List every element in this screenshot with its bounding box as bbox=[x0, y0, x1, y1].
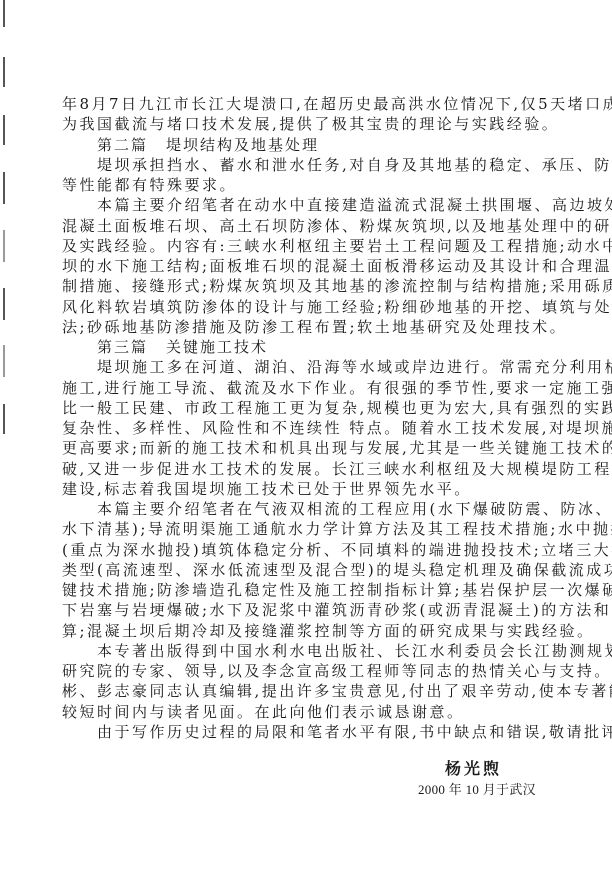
text-line: 下岩塞与岩埂爆破;水下及泥浆中灌筑沥青砂浆(或沥青混凝土)的方法和计 bbox=[62, 600, 554, 620]
section-number: 第二篇 bbox=[97, 136, 148, 154]
text-line: 复杂性、多样性、风险性和不连续性 特点。随着水工技术发展,对堤坝施工提出 bbox=[62, 418, 554, 438]
text-line: 由于写作历史过程的局限和笔者水平有限,书中缺点和错误,敬请批评、指正。 bbox=[62, 722, 554, 742]
text-line: 制措施、接缝形式;粉煤灰筑坝及其地基的渗流控制与结构措施;采用砾质土或 bbox=[62, 276, 554, 296]
text-line: 彬、彭志豪同志认真编辑,提出许多宝贵意见,付出了艰辛劳动,使本专著能在 bbox=[62, 681, 554, 701]
binding-mark bbox=[3, 115, 5, 145]
section-number: 第三篇 bbox=[97, 338, 148, 356]
section-title: 关键施工技术 bbox=[166, 338, 268, 356]
text-line: 本篇主要介绍笔者在动水中直接建造溢流式混凝土拱围堰、高边坡处理、 bbox=[62, 195, 554, 215]
text-line: 风化料软岩填筑防渗体的设计与施工经验;粉细砂地基的开挖、填筑与处理方 bbox=[62, 297, 554, 317]
author-signature: 杨光煦 bbox=[445, 756, 502, 779]
text-line: 更高要求;而新的施工技术和机具出现与发展,尤其是一些关键施工技术的突 bbox=[62, 438, 554, 458]
signature-date-place: 2000 年 10 月于武汉 bbox=[418, 779, 536, 798]
text-line: 等性能都有特殊要求。 bbox=[62, 175, 554, 195]
text-line: 破,又进一步促进水工技术的发展。长江三峡水利枢纽及大规模堤防工程顺利 bbox=[62, 459, 554, 479]
text-line: 为我国截流与堵口技术发展,提供了极其宝贵的理论与实践经验。 bbox=[62, 114, 554, 134]
text-line: 堤坝承担挡水、蓄水和泄水任务,对自身及其地基的稳定、承压、防渗、抗冲 bbox=[62, 155, 554, 175]
binding-mark bbox=[3, 57, 5, 87]
section-title: 堤坝结构及地基处理 bbox=[166, 136, 319, 154]
text-line: 堤坝施工多在河道、湖泊、沿海等水域或岸边进行。常需充分利用枯水期 bbox=[62, 357, 554, 377]
text-line: 及实践经验。内容有:三峡水利枢纽主要岩土工程问题及工程措施;动水中建 bbox=[62, 236, 554, 256]
binding-mark bbox=[3, 0, 5, 27]
text-line: 坝的水下施工结构;面板堆石坝的混凝土面板滑移运动及其设计和合理温度控 bbox=[62, 256, 554, 276]
text-line: (重点为深水抛投)填筑体稳定分析、不同填料的端进抛投技术;立堵三大截流 bbox=[62, 540, 554, 560]
text-line: 本篇主要介绍笔者在气液双相流的工程应用(水下爆破防震、防冰、防浪及 bbox=[62, 499, 554, 519]
text-line: 较短时间内与读者见面。在此向他们表示诚恳谢意。 bbox=[62, 702, 554, 722]
text-line: 类型(高流速型、深水低流速型及混合型)的堤头稳定机理及确保截流成功的关 bbox=[62, 560, 554, 580]
text-line: 建设,标志着我国堤坝施工技术已处于世界领先水平。 bbox=[62, 479, 554, 499]
binding-mark bbox=[3, 404, 5, 434]
text-line: 比一般工民建、市政工程施工更为复杂,规模也更为宏大,具有强烈的实践性、 bbox=[62, 398, 554, 418]
binding-mark bbox=[3, 288, 5, 320]
binding-mark bbox=[3, 172, 5, 204]
text-line: 混凝土面板堆石坝、高土石坝防渗体、粉煤灰筑坝,以及地基处理中的研究成果 bbox=[62, 216, 554, 236]
text-line: 水下清基);导流明渠施工通航水力学计算方法及其工程技术措施;水中抛投 bbox=[62, 519, 554, 539]
text-line: 算;混凝土坝后期冷却及接缝灌浆控制等方面的研究成果与实践经验。 bbox=[62, 621, 554, 641]
document-body: 年8月7日九江市长江大堤溃口,在超历史最高洪水位情况下,仅5天堵口成功, 为我国… bbox=[62, 94, 554, 742]
text-line: 键技术措施;防渗墙造孔稳定性及施工控制指标计算;基岩保护层一次爆破、水 bbox=[62, 580, 554, 600]
text-line: 研究院的专家、领导,以及李念宣高级工程师等同志的热情关心与支持。焦宏 bbox=[62, 661, 554, 681]
text-line: 本专著出版得到中国水利水电出版社、长江水利委员会长江勘测规划设计 bbox=[62, 641, 554, 661]
section-heading-part-3: 第三篇关键施工技术 bbox=[62, 337, 554, 357]
text-line: 施工,进行施工导流、截流及水下作业。有很强的季节性,要求一定施工强度, bbox=[62, 378, 554, 398]
binding-mark bbox=[3, 230, 5, 262]
text-line: 年8月7日九江市长江大堤溃口,在超历史最高洪水位情况下,仅5天堵口成功, bbox=[62, 94, 554, 114]
binding-mark bbox=[3, 345, 5, 377]
section-heading-part-2: 第二篇堤坝结构及地基处理 bbox=[62, 135, 554, 155]
text-line: 法;砂砾地基防渗措施及防渗工程布置;软土地基研究及处理技术。 bbox=[62, 317, 554, 337]
